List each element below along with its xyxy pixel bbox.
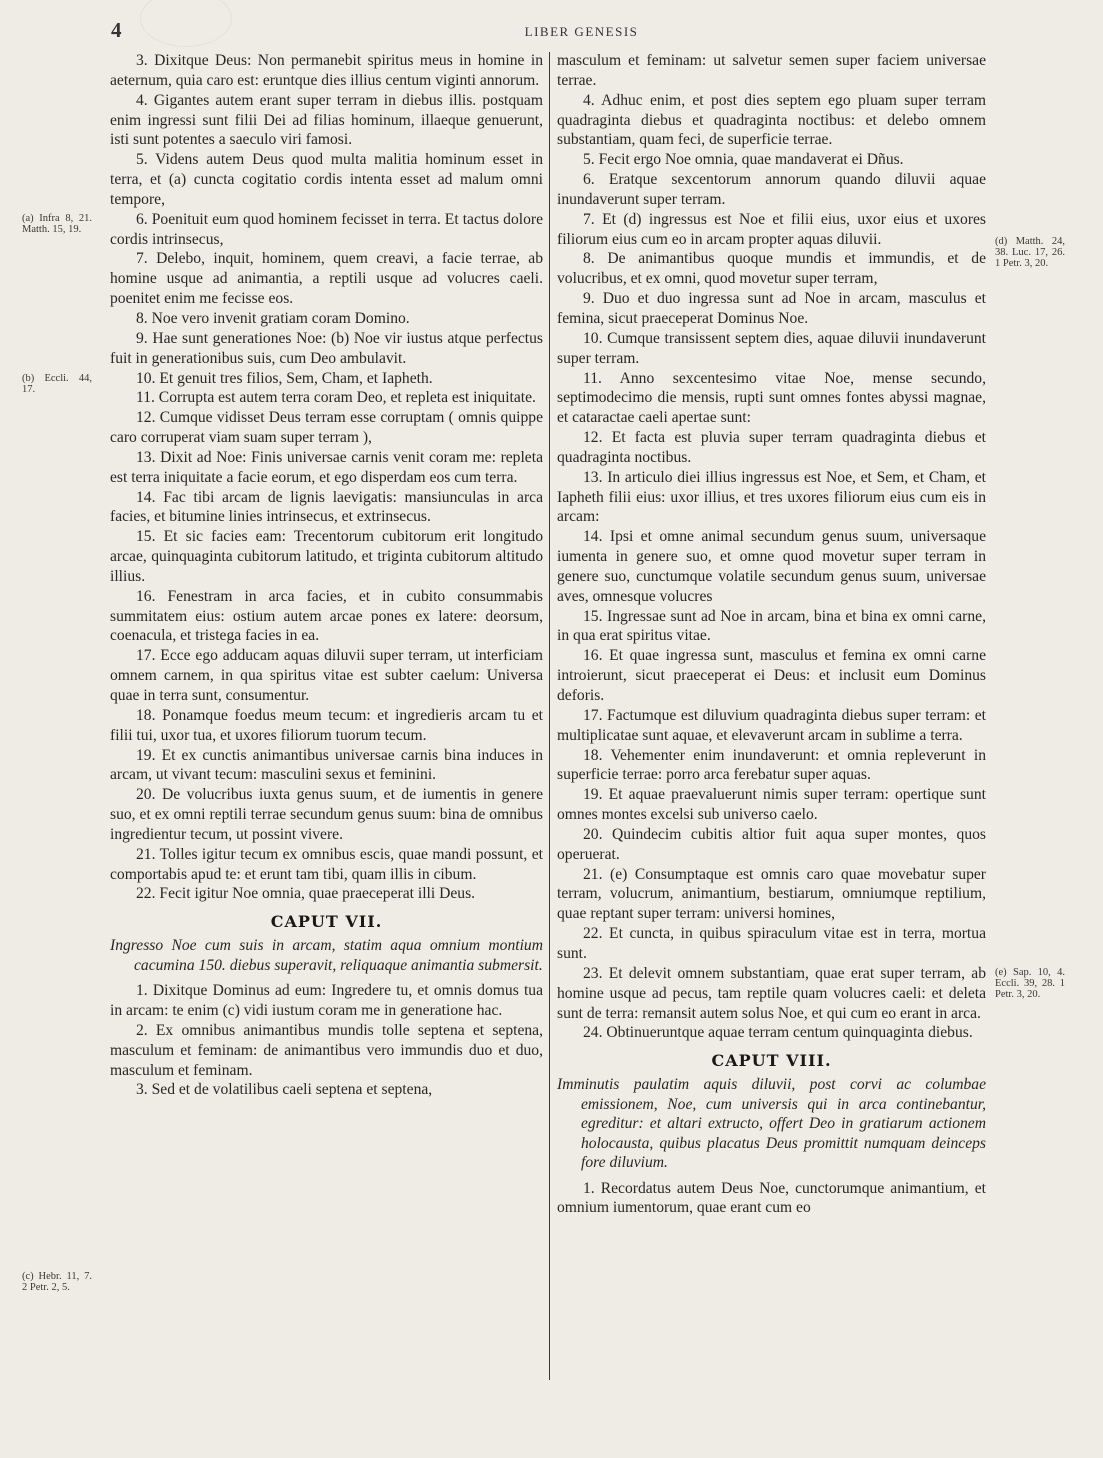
verse: 1. Dixitque Dominus ad eum: Ingredere tu… <box>110 981 543 1021</box>
verse: 20. Quindecim cubitis altior fuit aqua s… <box>557 825 986 865</box>
verse: 16. Fenestram in arca facies, et in cubi… <box>110 587 543 647</box>
chapter-heading-vii: CAPUT VII. <box>110 912 543 932</box>
verse: 1. Recordatus autem Deus Noe, cunctorumq… <box>557 1179 986 1219</box>
right-column: masculum et feminam: ut salvetur semen s… <box>557 51 986 1218</box>
verse: 17. Factumque est diluvium quadraginta d… <box>557 706 986 746</box>
verse: 3. Sed et de volatilibus caeli septena e… <box>110 1080 543 1100</box>
left-verses-bottom: 1. Dixitque Dominus ad eum: Ingredere tu… <box>110 981 543 1100</box>
verse: 23. Et delevit omnem substantiam, quae e… <box>557 964 986 1024</box>
verse: 21. Tolles igitur tecum ex omnibus escis… <box>110 845 543 885</box>
verse: 12. Et facta est pluvia super terram qua… <box>557 428 986 468</box>
verse: 12. Cumque vidisset Deus terram esse cor… <box>110 408 543 448</box>
verse: 15. Ingressae sunt ad Noe in arcam, bina… <box>557 607 986 647</box>
margin-note-e: (e) Sap. 10, 4. Eccli. 39, 28. 1 Petr. 3… <box>995 967 1065 1000</box>
verse: 5. Fecit ergo Noe omnia, quae mandaverat… <box>557 150 986 170</box>
margin-note-a: (a) Infra 8, 21. Matth. 15, 19. <box>22 213 92 235</box>
verse: 6. Eratque sexcentorum annorum quando di… <box>557 170 986 210</box>
left-column: 3. Dixitque Deus: Non permanebit spiritu… <box>110 51 543 1100</box>
verse: 5. Videns autem Deus quod multa malitia … <box>110 150 543 210</box>
verse: 19. Et aquae praevaluerunt nimis super t… <box>557 785 986 825</box>
verse: 3. Dixitque Deus: Non permanebit spiritu… <box>110 51 543 91</box>
verse: 14. Ipsi et omne animal secundum genus s… <box>557 527 986 606</box>
verse: 15. Et sic facies eam: Trecentorum cubit… <box>110 527 543 587</box>
verse: 7. Delebo, inquit, hominem, quem creavi,… <box>110 249 543 309</box>
verse: 22. Et cuncta, in quibus spiraculum vita… <box>557 924 986 964</box>
verse: 18. Vehementer enim inundaverunt: et omn… <box>557 746 986 786</box>
chapter-heading-viii: CAPUT VIII. <box>557 1051 986 1071</box>
verse: 8. De animantibus quoque mundis et immun… <box>557 249 986 289</box>
chapter-summary-viii: Imminutis paulatim aquis diluvii, post c… <box>557 1075 986 1173</box>
verse: 8. Noe vero invenit gratiam coram Domino… <box>110 309 543 329</box>
verse: 10. Et genuit tres filios, Sem, Cham, et… <box>110 369 543 389</box>
verse: 4. Adhuc enim, et post dies septem ego p… <box>557 91 986 151</box>
verse: 11. Anno sexcentesimo vitae Noe, mense s… <box>557 369 986 429</box>
margin-note-c: (c) Hebr. 11, 7. 2 Petr. 2, 5. <box>22 1271 92 1293</box>
verse: 20. De volucribus iuxta genus suum, et d… <box>110 785 543 845</box>
verse: 9. Hae sunt generationes Noe: (b) Noe vi… <box>110 329 543 369</box>
verse: 10. Cumque transissent septem dies, aqua… <box>557 329 986 369</box>
verse: 18. Ponamque foedus meum tecum: et ingre… <box>110 706 543 746</box>
verse: 4. Gigantes autem erant super terram in … <box>110 91 543 151</box>
verse: 13. Dixit ad Noe: Finis universae carnis… <box>110 448 543 488</box>
running-head-text: LIBER GENESIS <box>525 24 639 40</box>
verse: 24. Obtinueruntque aquae terram centum q… <box>557 1023 986 1043</box>
verse: 21. (e) Consumptaque est omnis caro quae… <box>557 865 986 925</box>
right-verses-bottom: 1. Recordatus autem Deus Noe, cunctorumq… <box>557 1179 986 1219</box>
verse: 7. Et (d) ingressus est Noe et filii eiu… <box>557 210 986 250</box>
right-verses-top: 4. Adhuc enim, et post dies septem ego p… <box>557 91 986 1044</box>
running-head: LIBER GENESIS <box>0 24 1103 40</box>
margin-note-d: (d) Matth. 24, 38. Luc. 17, 26. 1 Petr. … <box>995 236 1065 269</box>
verse: 13. In articulo diei illius ingressus es… <box>557 468 986 528</box>
verse-continuation: masculum et feminam: ut salvetur semen s… <box>557 51 986 91</box>
verse: 22. Fecit igitur Noe omnia, quae praecep… <box>110 884 543 904</box>
verse: 19. Et ex cunctis animantibus universae … <box>110 746 543 786</box>
verse: 2. Ex omnibus animantibus mundis tolle s… <box>110 1021 543 1081</box>
margin-note-b: (b) Eccli. 44, 17. <box>22 373 92 395</box>
chapter-summary-vii: Ingresso Noe cum suis in arcam, statim a… <box>110 936 543 975</box>
verse: 16. Et quae ingressa sunt, masculus et f… <box>557 646 986 706</box>
verse: 9. Duo et duo ingressa sunt ad Noe in ar… <box>557 289 986 329</box>
verse: 17. Ecce ego adducam aquas diluvii super… <box>110 646 543 706</box>
column-divider <box>549 52 550 1380</box>
verse: 11. Corrupta est autem terra coram Deo, … <box>110 388 543 408</box>
verse: 14. Fac tibi arcam de lignis laevigatis:… <box>110 488 543 528</box>
left-verses-top: 3. Dixitque Deus: Non permanebit spiritu… <box>110 51 543 904</box>
verse: 6. Poenituit eum quod hominem fecisset i… <box>110 210 543 250</box>
